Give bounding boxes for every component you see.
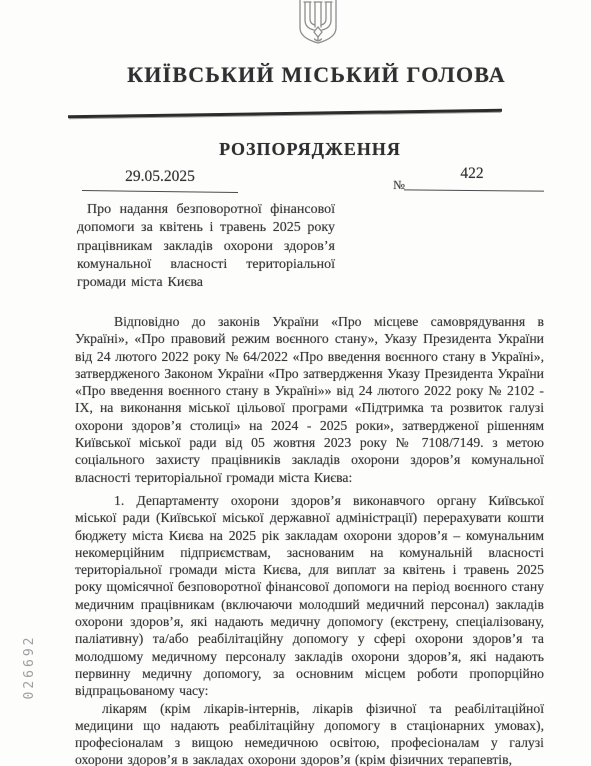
header-divider-line: [68, 109, 502, 118]
org-name-title: КИЇВСЬКИЙ МІСЬКИЙ ГОЛОВА: [42, 62, 591, 88]
number-underline: [404, 189, 544, 192]
body-text-block: 1. Департаменту охорони здоров’я виконав…: [75, 492, 544, 766]
stamp-number: 026692: [22, 612, 38, 722]
doc-date: 29.05.2025: [82, 168, 238, 186]
doc-number: 422: [404, 165, 540, 183]
scanned-decree-page: КИЇВСЬКИЙ МІСЬКИЙ ГОЛОВА РОЗПОРЯДЖЕННЯ 2…: [0, 0, 591, 766]
subject-paragraph: Про надання безповоротної фінансової доп…: [77, 201, 335, 292]
body-paragraph-item-1: 1. Департаменту охорони здоров’я виконав…: [75, 492, 544, 700]
doc-type-title: РОЗПОРЯДЖЕННЯ: [30, 139, 590, 160]
date-underline: [82, 190, 238, 193]
body-paragraph-doctors: лікарям (крім лікарів-інтернів, лікарів …: [75, 700, 544, 766]
body-paragraph-preamble: Відповідно до законів України «Про місце…: [75, 313, 544, 486]
ukraine-trident-emblem: [298, 0, 338, 44]
